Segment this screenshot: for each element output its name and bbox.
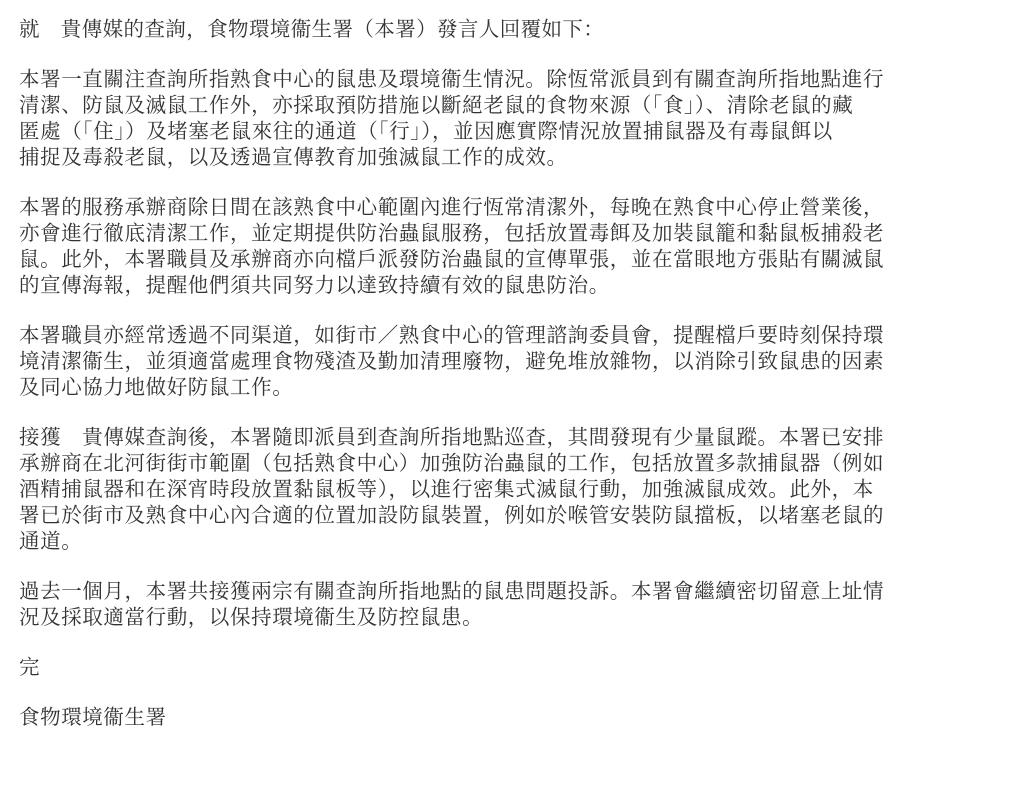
text-line: 本署的服務承辦商除日間在該熟食中心範圍內進行恆常清潔外，每晚在熟食中心停止營業後… xyxy=(19,194,1019,220)
text-line: 捕捉及毒殺老鼠，以及透過宣傳教育加強滅鼠工作的成效。 xyxy=(19,144,1019,170)
signature: 食物環境衞生署 xyxy=(19,704,1019,730)
text-line: 的宣傳海報，提醒他們須共同努力以達致持續有效的鼠患防治。 xyxy=(19,272,1019,298)
text-line: 鼠。此外，本署職員及承辦商亦向檔戶派發防治蟲鼠的宣傳單張，並在當眼地方張貼有關滅… xyxy=(19,246,1019,272)
text-line: 接獲 貴傳媒查詢後，本署隨即派員到查詢所指地點巡查，其間發現有少量鼠蹤。本署已安… xyxy=(19,424,1019,450)
end-mark-text: 完 xyxy=(19,654,1019,680)
text-line: 通道。 xyxy=(19,528,1019,554)
text-line: 過去一個月，本署共接獲兩宗有關查詢所指地點的鼠患問題投訴。本署會繼續密切留意上址… xyxy=(19,578,1019,604)
text-line: 就 貴傳媒的查詢，食物環境衞生署（本署）發言人回覆如下： xyxy=(19,16,1019,42)
text-line: 及同心協力地做好防鼠工作。 xyxy=(19,374,1019,400)
paragraph-complaints: 過去一個月，本署共接獲兩宗有關查詢所指地點的鼠患問題投訴。本署會繼續密切留意上址… xyxy=(19,578,1019,630)
paragraph-stall-reminders: 本署職員亦經常透過不同渠道，如街市／熟食中心的管理諮詢委員會，提醒檔戶要時刻保持… xyxy=(19,322,1019,400)
paragraph-rodent-monitoring: 本署一直關注查詢所指熟食中心的鼠患及環境衞生情況。除恆常派員到有關查詢所指地點進… xyxy=(19,66,1019,170)
text-line: 清潔、防鼠及滅鼠工作外，亦採取預防措施以斷絕老鼠的食物來源（「食」）、清除老鼠的… xyxy=(19,92,1019,118)
text-line: 況及採取適當行動，以保持環境衞生及防控鼠患。 xyxy=(19,604,1019,630)
press-reply-document: 就 貴傳媒的查詢，食物環境衞生署（本署）發言人回覆如下： 本署一直關注查詢所指熟… xyxy=(0,0,1019,730)
signature-text: 食物環境衞生署 xyxy=(19,704,1019,730)
end-mark: 完 xyxy=(19,654,1019,680)
text-line: 亦會進行徹底清潔工作，並定期提供防治蟲鼠服務，包括放置毒餌及加裝鼠籠和黏鼠板捕殺… xyxy=(19,220,1019,246)
text-line: 境清潔衞生，並須適當處理食物殘渣及勤加清理廢物，避免堆放雜物，以消除引致鼠患的因… xyxy=(19,348,1019,374)
paragraph-contractor-services: 本署的服務承辦商除日間在該熟食中心範圍內進行恆常清潔外，每晚在熟食中心停止營業後… xyxy=(19,194,1019,298)
text-line: 署已於街市及熟食中心內合適的位置加設防鼠裝置，例如於喉管安裝防鼠擋板，以堵塞老鼠… xyxy=(19,502,1019,528)
paragraph-inspection-actions: 接獲 貴傳媒查詢後，本署隨即派員到查詢所指地點巡查，其間發現有少量鼠蹤。本署已安… xyxy=(19,424,1019,554)
intro-paragraph: 就 貴傳媒的查詢，食物環境衞生署（本署）發言人回覆如下： xyxy=(19,16,1019,42)
text-line: 匿處（「住」）及堵塞老鼠來往的通道（「行」），並因應實際情況放置捕鼠器及有毒鼠餌… xyxy=(19,118,1019,144)
text-line: 本署職員亦經常透過不同渠道，如街市／熟食中心的管理諮詢委員會，提醒檔戶要時刻保持… xyxy=(19,322,1019,348)
text-line: 承辦商在北河街街市範圍（包括熟食中心）加強防治蟲鼠的工作，包括放置多款捕鼠器（例… xyxy=(19,450,1019,476)
text-line: 酒精捕鼠器和在深宵時段放置黏鼠板等），以進行密集式滅鼠行動，加強滅鼠成效。此外，… xyxy=(19,476,1019,502)
text-line: 本署一直關注查詢所指熟食中心的鼠患及環境衞生情況。除恆常派員到有關查詢所指地點進… xyxy=(19,66,1019,92)
